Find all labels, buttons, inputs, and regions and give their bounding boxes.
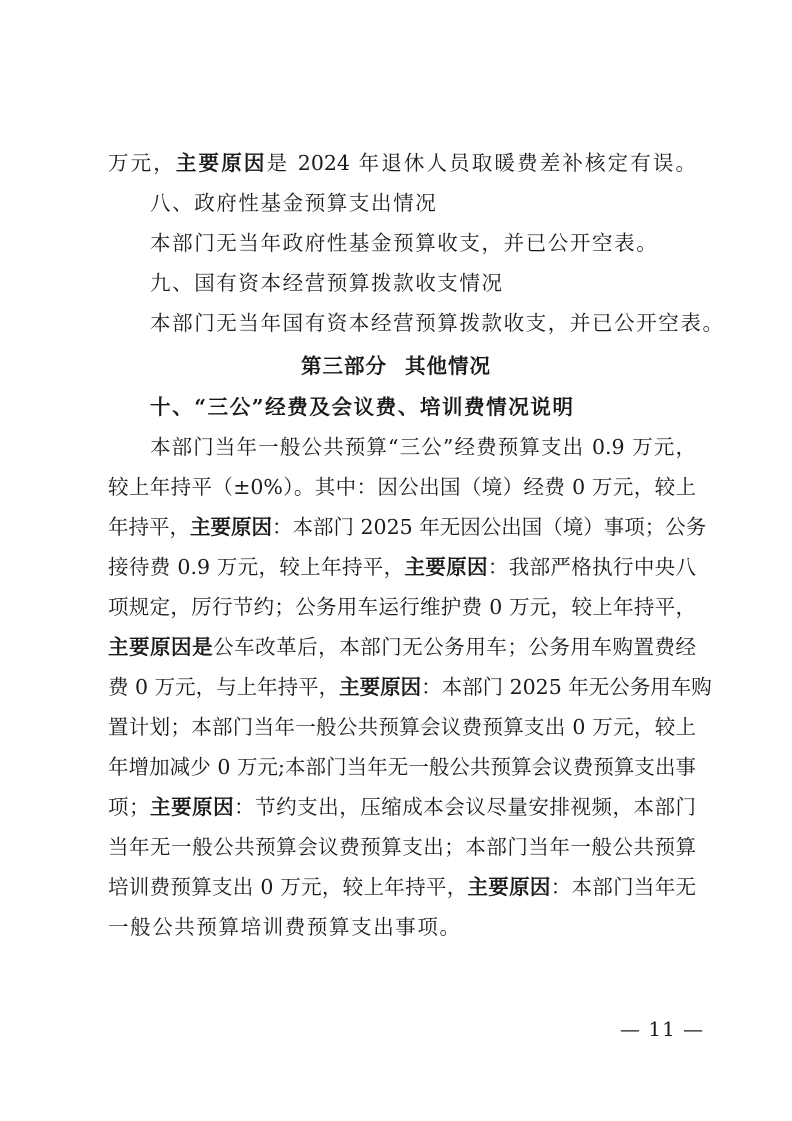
section-heading-9: 九、国有资本经营预算拨款收支情况 <box>150 269 696 297</box>
bold-text-segment: 主要原因 <box>190 515 272 539</box>
text-segment: 项； <box>108 795 150 819</box>
bold-text-segment: 主要原因 <box>468 875 551 899</box>
paragraph-line: 万元，主要原因是 2024 年退休人员取暖费差补核定有误。 <box>108 149 696 177</box>
page-number: — 11 — <box>620 1016 704 1042</box>
text-segment: 公车改革后，本部门无公务用车；公务用车购置费经 <box>213 635 696 659</box>
text-segment: ：我部严格执行中央八 <box>488 555 696 579</box>
text-segment: 是 2024 年退休人员取暖费差补核定有误。 <box>266 151 696 175</box>
paragraph-line: 置计划；本部门当年一般公共预算会议费预算支出 0 万元，较上 <box>108 713 696 741</box>
paragraph-line: 年持平，主要原因：本部门 2025 年无因公出国（境）事项；公务 <box>108 513 696 541</box>
text-segment: 费 0 万元，与上年持平， <box>108 675 339 699</box>
paragraph-line: 接待费 0.9 万元，较上年持平，主要原因：我部严格执行中央八 <box>108 553 696 581</box>
bold-text-segment: 主要原因是 <box>108 635 213 659</box>
text-segment: 八、政府性基金预算支出情况 <box>150 191 437 215</box>
paragraph-line: 本部门当年一般公共预算“三公”经费预算支出 0.9 万元， <box>150 433 696 461</box>
text-segment: ：本部门当年无 <box>551 875 696 899</box>
paragraph-line: 费 0 万元，与上年持平，主要原因：本部门 2025 年无公务用车购 <box>108 673 696 701</box>
text-segment: 万元， <box>108 151 176 175</box>
text-segment: 较上年持平（±0%）。其中：因公出国（境）经费 0 万元，较上 <box>108 475 696 499</box>
paragraph-line: 当年无一般公共预算会议费预算支出；本部门当年一般公共预算 <box>108 833 696 861</box>
part-heading: 第三部分其他情况 <box>0 352 792 380</box>
text-segment: 年持平， <box>108 515 190 539</box>
section-heading-8: 八、政府性基金预算支出情况 <box>150 189 696 217</box>
text-segment: 项规定，厉行节约；公务用车运行维护费 0 万元，较上年持平， <box>108 595 696 619</box>
part-heading-title: 第三部分 <box>301 354 387 378</box>
document-page: 万元，主要原因是 2024 年退休人员取暖费差补核定有误。 八、政府性基金预算支… <box>0 0 792 1121</box>
paragraph-line: 本部门无当年国有资本经营预算拨款收支，并已公开空表。 <box>150 309 696 337</box>
bold-text-segment: 十、“三公”经费及会议费、培训费情况说明 <box>150 395 575 419</box>
paragraph-line: 培训费预算支出 0 万元，较上年持平，主要原因：本部门当年无 <box>108 873 696 901</box>
paragraph-line: 项；主要原因：节约支出，压缩成本会议尽量安排视频，本部门 <box>108 793 696 821</box>
text-segment: 本部门当年一般公共预算“三公”经费预算支出 0.9 万元， <box>150 435 696 459</box>
text-segment: 本部门无当年政府性基金预算收支，并已公开空表。 <box>150 231 658 255</box>
text-segment: 一般公共预算培训费预算支出事项。 <box>108 915 462 939</box>
paragraph-line: 本部门无当年政府性基金预算收支，并已公开空表。 <box>150 229 696 257</box>
paragraph-line: 主要原因是公车改革后，本部门无公务用车；公务用车购置费经 <box>108 633 696 661</box>
text-segment: 本部门无当年国有资本经营预算拨款收支，并已公开空表。 <box>150 311 725 335</box>
text-segment: ：本部门 2025 年无因公出国（境）事项；公务 <box>272 515 706 539</box>
paragraph-line: 年增加减少 0 万元;本部门当年无一般公共预算会议费预算支出事 <box>108 753 696 781</box>
paragraph-line: 项规定，厉行节约；公务用车运行维护费 0 万元，较上年持平， <box>108 593 696 621</box>
text-segment: 九、国有资本经营预算拨款收支情况 <box>150 271 504 295</box>
text-segment: 年增加减少 0 万元;本部门当年无一般公共预算会议费预算支出事 <box>108 755 696 779</box>
bold-text-segment: 主要原因 <box>339 675 421 699</box>
paragraph-line: 较上年持平（±0%）。其中：因公出国（境）经费 0 万元，较上 <box>108 473 696 501</box>
text-segment: 置计划；本部门当年一般公共预算会议费预算支出 0 万元，较上 <box>108 715 696 739</box>
text-segment: 接待费 0.9 万元，较上年持平， <box>108 555 405 579</box>
part-heading-subtitle: 其他情况 <box>405 354 491 378</box>
paragraph-line: 一般公共预算培训费预算支出事项。 <box>108 913 696 941</box>
bold-text-segment: 主要原因 <box>150 795 235 819</box>
bold-text-segment: 主要原因 <box>405 555 488 579</box>
bold-text-segment: 主要原因 <box>176 151 267 175</box>
text-segment: 培训费预算支出 0 万元，较上年持平， <box>108 875 468 899</box>
text-segment: 当年无一般公共预算会议费预算支出；本部门当年一般公共预算 <box>108 835 696 859</box>
text-segment: ：本部门 2025 年无公务用车购 <box>421 675 712 699</box>
section-heading-10: 十、“三公”经费及会议费、培训费情况说明 <box>150 393 696 421</box>
text-segment: ：节约支出，压缩成本会议尽量安排视频，本部门 <box>234 795 696 819</box>
